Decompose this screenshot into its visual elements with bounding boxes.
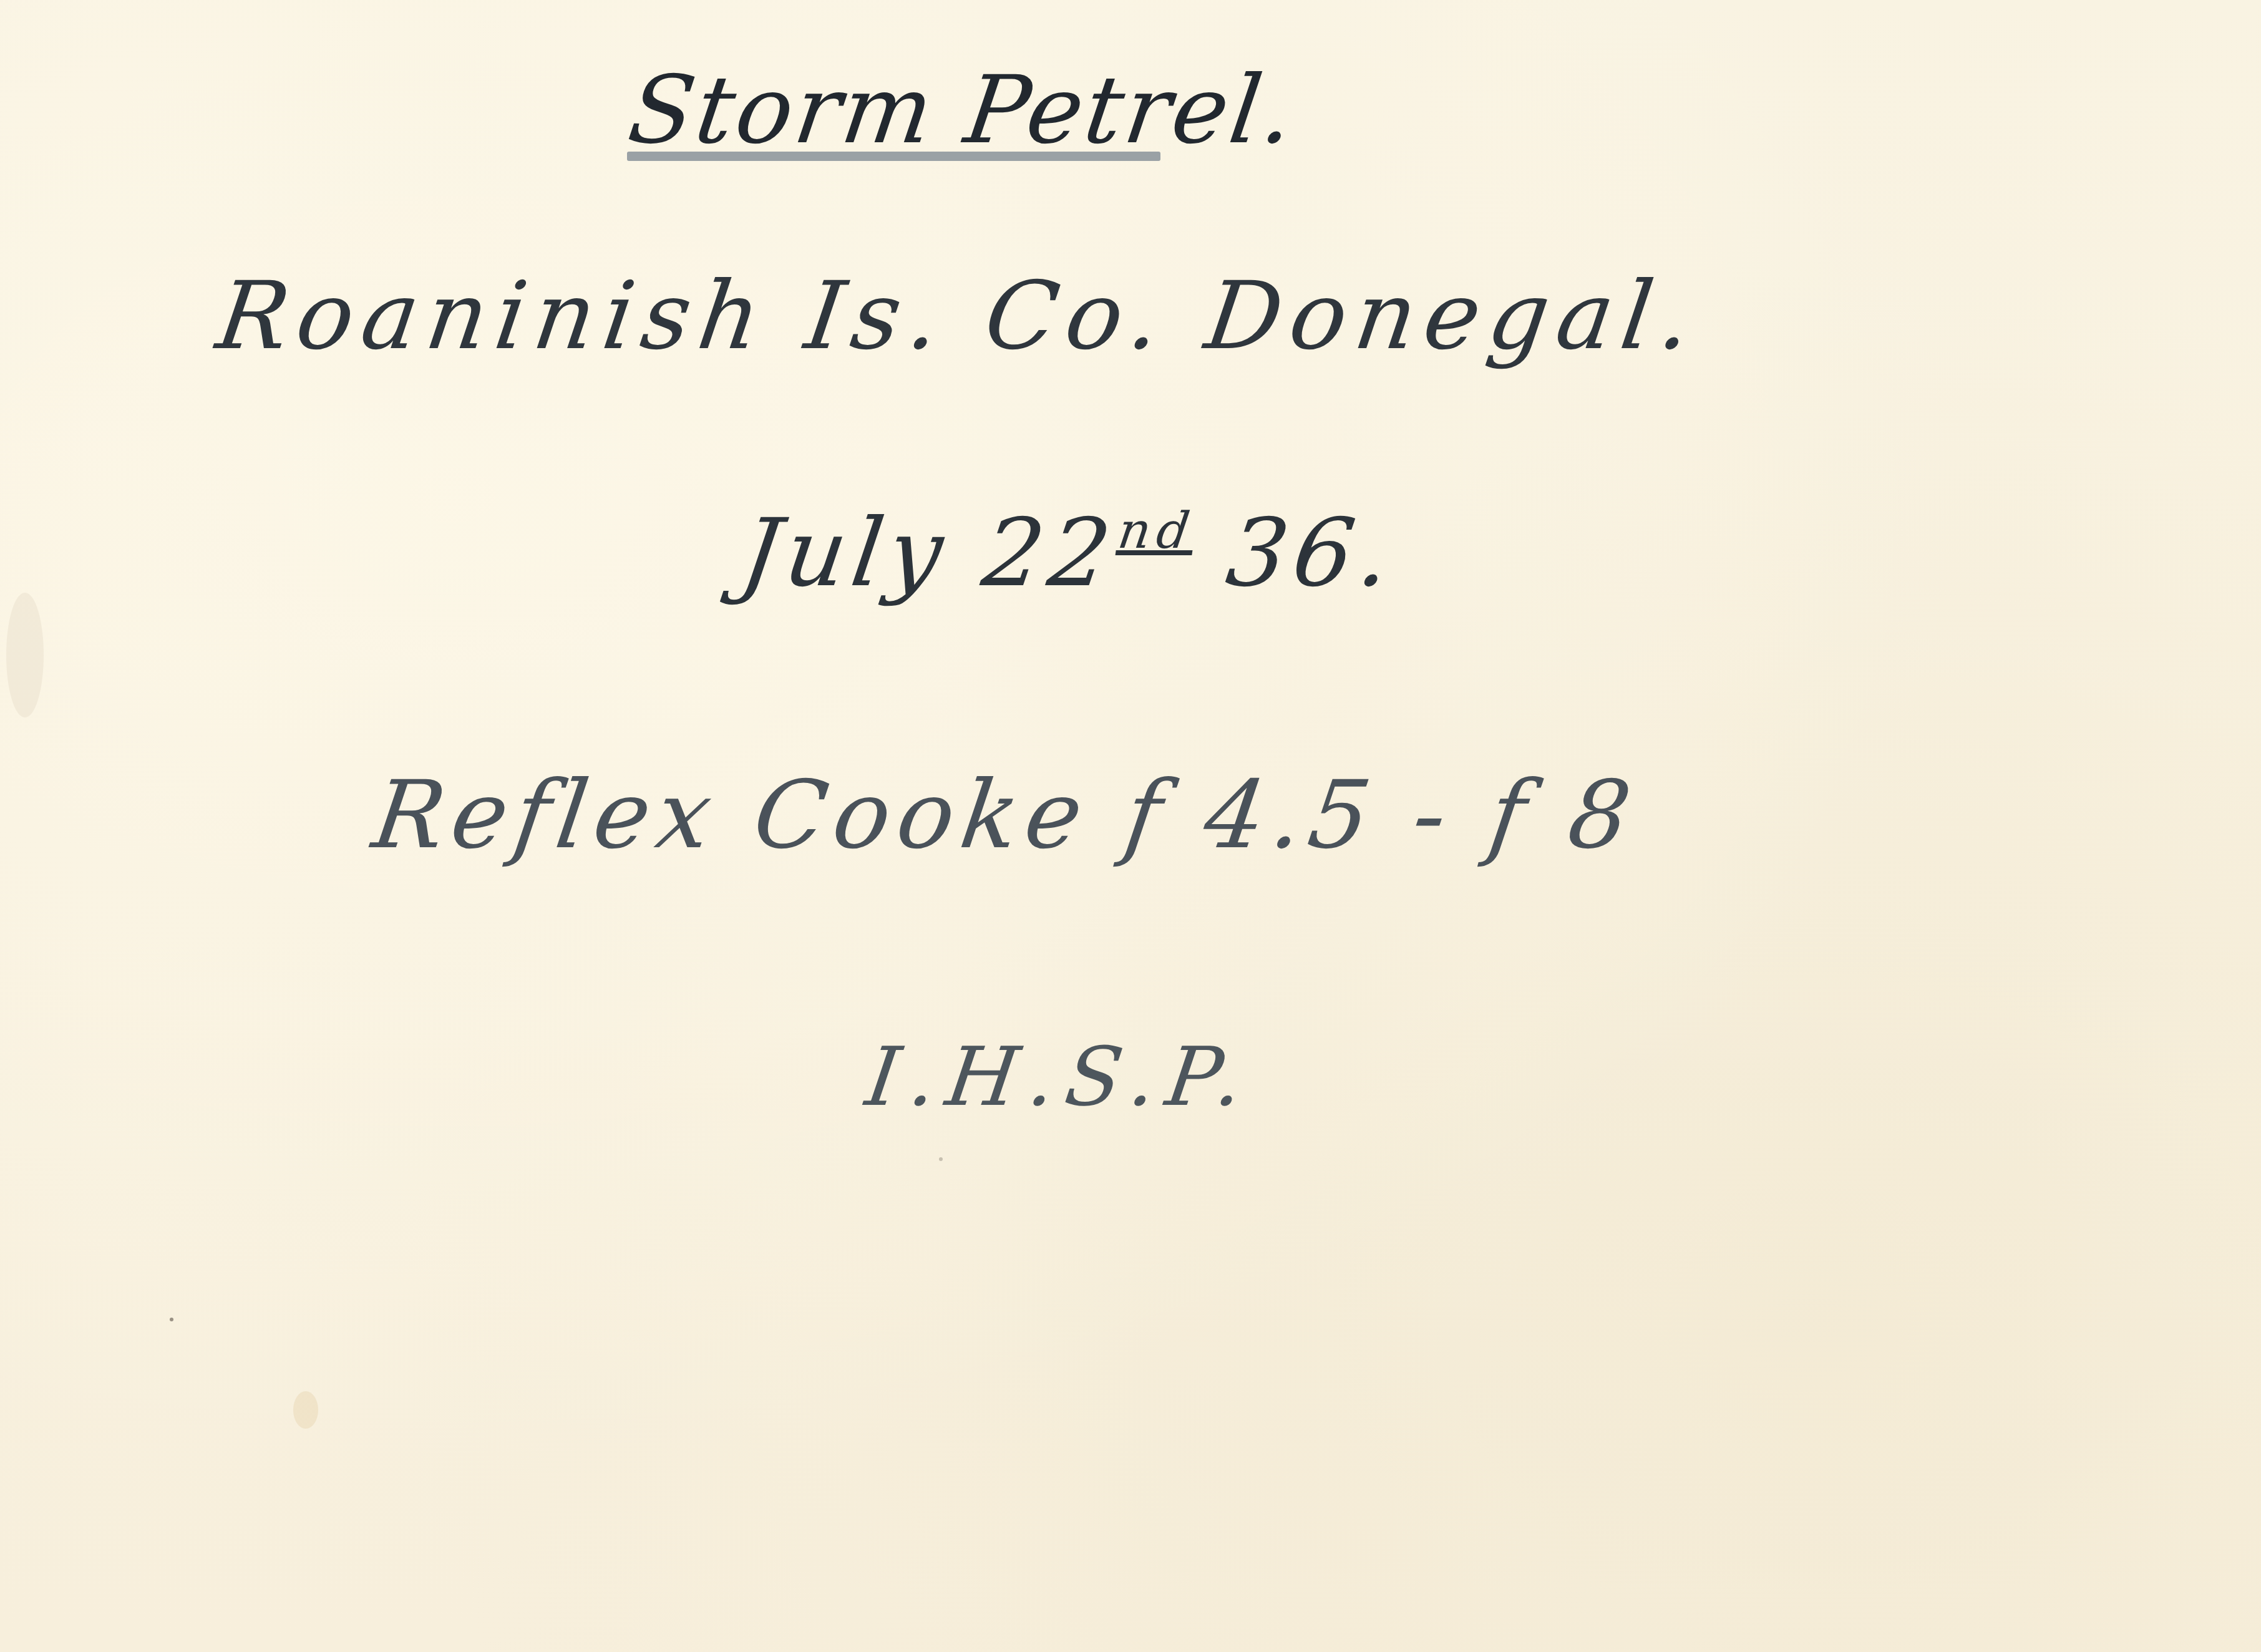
camera-reference-line: Reflex Cooke f 4.5 - f 8	[367, 761, 1645, 870]
paper-stain	[293, 1391, 318, 1429]
title-underline	[627, 152, 1160, 161]
paper-stain	[6, 593, 44, 717]
date-main: July 22	[735, 499, 1123, 608]
paper-speck	[170, 1318, 173, 1321]
paper-speck	[939, 1157, 943, 1161]
locality-line: Roaninish Is. Co. Donegal.	[211, 262, 1707, 371]
date-year: 36.	[1185, 499, 1404, 608]
species-title: Storm Petrel.	[623, 56, 1303, 165]
label-card: Storm Petrel. Roaninish Is. Co. Donegal.…	[0, 0, 2261, 1652]
initials-line: I.H.S.P.	[860, 1029, 1260, 1124]
date-line: July 22nd 36.	[735, 499, 1403, 608]
date-suffix: nd	[1115, 502, 1200, 560]
